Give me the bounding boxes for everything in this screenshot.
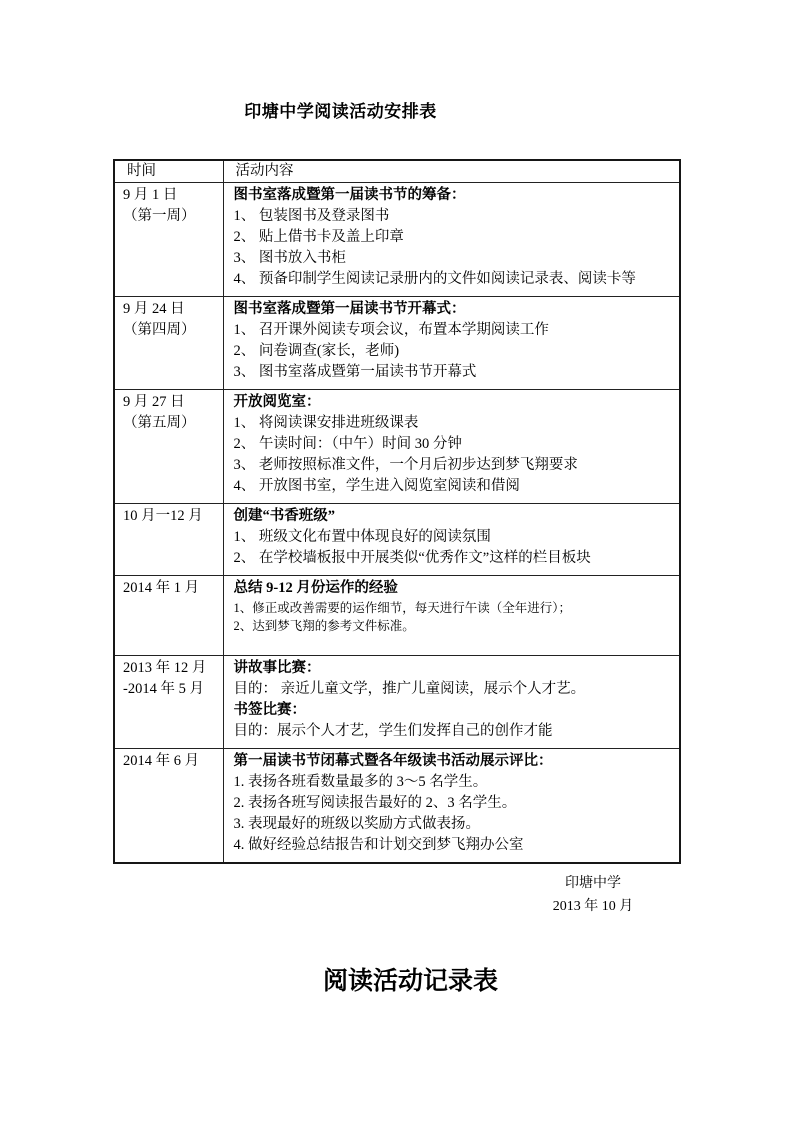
schedule-table: 时间 活动内容 9 月 1 日（第一周）图书室落成暨第一届读书节的筹备：1、 包… — [113, 159, 681, 864]
time-cell: 9 月 27 日（第五周） — [114, 390, 223, 504]
activity-content-cell: 图书室落成暨第一届读书节开幕式：1、 召开课外阅读专项会议，布置本学期阅读工作2… — [223, 297, 680, 390]
activity-heading-line: 图书室落成暨第一届读书节开幕式： — [234, 299, 674, 320]
table-header-row: 时间 活动内容 — [114, 160, 680, 183]
activity-content-cell: 图书室落成暨第一届读书节的筹备：1、 包装图书及登录图书2、 贴上借书卡及盖上印… — [223, 183, 680, 297]
time-line: 9 月 1 日 — [123, 185, 221, 206]
page-title: 印塘中学阅读活动安排表 — [113, 0, 568, 123]
time-line: 2013 年 12 月 — [123, 658, 221, 679]
time-line: 9 月 24 日 — [123, 299, 221, 320]
activity-item-line: 3、 老师按照标准文件，一个月后初步达到梦飞翔要求 — [234, 455, 674, 476]
table-row: 10 月一12 月创建“书香班级”1、 班级文化布置中体现良好的阅读氛围2、 在… — [114, 504, 680, 576]
table-row: 2014 年 1 月总结 9-12 月份运作的经验1、修正或改善需要的运作细节，… — [114, 576, 680, 656]
table-row: 9 月 1 日（第一周）图书室落成暨第一届读书节的筹备：1、 包装图书及登录图书… — [114, 183, 680, 297]
activity-heading-line: 第一届读书节闭幕式暨各年级读书活动展示评比： — [234, 751, 674, 772]
activity-item-line: 1. 表扬各班看数量最多的 3～5 名学生。 — [234, 772, 674, 793]
column-header-time: 时间 — [114, 160, 223, 183]
time-cell: 2013 年 12 月-2014 年 5 月 — [114, 656, 223, 749]
time-line: （第五周） — [123, 413, 221, 434]
activity-item-line: 目的： 亲近儿童文学，推广儿童阅读，展示个人才艺。 — [234, 679, 674, 700]
activity-content-cell: 讲故事比赛：目的： 亲近儿童文学，推广儿童阅读，展示个人才艺。书签比赛：目的：展… — [223, 656, 680, 749]
activity-item-line: 2、 贴上借书卡及盖上印章 — [234, 227, 674, 248]
activity-heading-line: 总结 9-12 月份运作的经验 — [234, 578, 674, 599]
activity-item-line: 1、 包装图书及登录图书 — [234, 206, 674, 227]
activity-heading-line: 书签比赛： — [234, 700, 674, 721]
activity-item-line: 2、达到梦飞翔的参考文件标准。 — [234, 617, 674, 635]
activity-item-line: 1、 召开课外阅读专项会议，布置本学期阅读工作 — [234, 320, 674, 341]
activity-heading-line: 开放阅览室： — [234, 392, 674, 413]
next-section-heading: 阅读活动记录表 — [0, 966, 793, 997]
activity-item-line: 1、 班级文化布置中体现良好的阅读氛围 — [234, 527, 674, 548]
activity-item-line: 2. 表扬各班写阅读报告最好的 2、3 名学生。 — [234, 793, 674, 814]
time-cell: 9 月 24 日（第四周） — [114, 297, 223, 390]
activity-content-cell: 开放阅览室：1、 将阅读课安排进班级课表2、 午读时间：（中午）时间 30 分钟… — [223, 390, 680, 504]
table-row: 9 月 27 日（第五周）开放阅览室：1、 将阅读课安排进班级课表2、 午读时间… — [114, 390, 680, 504]
document-page: 印塘中学阅读活动安排表 时间 活动内容 9 月 1 日（第一周）图书室落成暨第一… — [0, 0, 793, 1122]
activity-content-cell: 总结 9-12 月份运作的经验1、修正或改善需要的运作细节，每天进行午读（全年进… — [223, 576, 680, 656]
time-line: 2014 年 1 月 — [123, 578, 221, 599]
table-row: 2014 年 6 月第一届读书节闭幕式暨各年级读书活动展示评比：1. 表扬各班看… — [114, 749, 680, 864]
activity-heading-line: 图书室落成暨第一届读书节的筹备： — [234, 185, 674, 206]
activity-item-line: 1、修正或改善需要的运作细节，每天进行午读（全年进行）； — [234, 599, 674, 617]
time-cell: 2014 年 6 月 — [114, 749, 223, 864]
activity-heading-line: 讲故事比赛： — [234, 658, 674, 679]
activity-item-line: 2、 问卷调查(家长，老师) — [234, 341, 674, 362]
time-cell: 9 月 1 日（第一周） — [114, 183, 223, 297]
signature-org: 印塘中学 — [508, 872, 678, 895]
time-line: -2014 年 5 月 — [123, 679, 221, 700]
schedule-table-body: 9 月 1 日（第一周）图书室落成暨第一届读书节的筹备：1、 包装图书及登录图书… — [114, 183, 680, 864]
activity-item-line: 4、 预备印制学生阅读记录册内的文件如阅读记录表、阅读卡等 — [234, 269, 674, 290]
table-row: 9 月 24 日（第四周）图书室落成暨第一届读书节开幕式：1、 召开课外阅读专项… — [114, 297, 680, 390]
activity-item-line: 3. 表现最好的班级以奖励方式做表扬。 — [234, 814, 674, 835]
activity-item-line: 2、 午读时间：（中午）时间 30 分钟 — [234, 434, 674, 455]
time-line: 9 月 27 日 — [123, 392, 221, 413]
activity-item-line: 3、 图书放入书柜 — [234, 248, 674, 269]
activity-item-line: 4、 开放图书室，学生进入阅览室阅读和借阅 — [234, 476, 674, 497]
time-line: 2014 年 6 月 — [123, 751, 221, 772]
table-row: 2013 年 12 月-2014 年 5 月讲故事比赛：目的： 亲近儿童文学，推… — [114, 656, 680, 749]
column-header-activity: 活动内容 — [223, 160, 680, 183]
activity-content-cell: 第一届读书节闭幕式暨各年级读书活动展示评比：1. 表扬各班看数量最多的 3～5 … — [223, 749, 680, 864]
time-cell: 2014 年 1 月 — [114, 576, 223, 656]
activity-item-line: 3、 图书室落成暨第一届读书节开幕式 — [234, 362, 674, 383]
activity-heading-line: 创建“书香班级” — [234, 506, 674, 527]
activity-item-line: 2、 在学校墙板报中开展类似“优秀作文”这样的栏目板块 — [234, 548, 674, 569]
time-line: （第四周） — [123, 320, 221, 341]
activity-item-line: 1、 将阅读课安排进班级课表 — [234, 413, 674, 434]
signature-date: 2013 年 10 月 — [508, 895, 678, 918]
activity-item-line: 目的：展示个人才艺，学生们发挥自己的创作才能 — [234, 721, 674, 742]
time-line: （第一周） — [123, 206, 221, 227]
activity-item-line: 4. 做好经验总结报告和计划交到梦飞翔办公室 — [234, 835, 674, 856]
activity-content-cell: 创建“书香班级”1、 班级文化布置中体现良好的阅读氛围2、 在学校墙板报中开展类… — [223, 504, 680, 576]
time-line: 10 月一12 月 — [123, 506, 221, 527]
signature-block: 印塘中学 2013 年 10 月 — [508, 872, 678, 918]
time-cell: 10 月一12 月 — [114, 504, 223, 576]
